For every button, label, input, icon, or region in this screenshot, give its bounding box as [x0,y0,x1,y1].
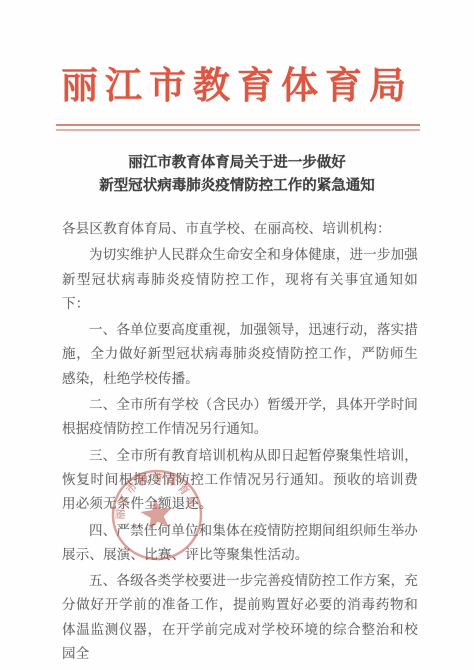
paragraph-intro: 为切实维护人民群众生命安全和身体健康，进一步加强新型冠状病毒肺炎疫情防控工作，现… [62,243,418,316]
notice-title: 丽江市教育体育局关于进一步做好 新型冠状病毒肺炎疫情防控工作的紧急通知 [0,152,474,198]
notice-title-line1: 丽江市教育体育局关于进一步做好 [0,152,474,175]
document-page: 丽江市教育体育局 丽江市教育体育局关于进一步做好 新型冠状病毒肺炎疫情防控工作的… [0,0,474,670]
notice-title-line2: 新型冠状病毒肺炎疫情防控工作的紧急通知 [0,175,474,198]
red-letterhead-agency-name: 丽江市教育体育局 [0,63,474,107]
paragraph-item-1: 一、各单位要高度重视，加强领导，迅速行动，落实措施，全力做好新型冠状病毒肺炎疫情… [62,318,418,391]
paragraph-item-4: 四、严禁任何单位和集体在疫情防控期间组织师生举办展示、展演、比赛、评比等聚集性活… [62,519,418,568]
notice-body: 各县区教育体育局、市直学校、在丽高校、培训机构： 为切实维护人民群众生命安全和身… [62,217,418,668]
salutation-line: 各县区教育体育局、市直学校、在丽高校、培训机构： [62,217,418,241]
paragraph-item-3: 三、全市所有教育培训机构从即日起暂停聚集性培训，恢复时间根据疫情防控工作情况另行… [62,444,418,517]
paragraph-item-5: 五、各级各类学校要进一步完善疫情防控工作方案，充分做好开学前的准备工作，提前购置… [62,569,418,666]
red-double-divider-line [56,124,420,131]
paragraph-item-2: 二、全市所有学校（含民办）暂缓开学，具体开学时间根据疫情防控工作情况另行通知。 [62,393,418,442]
